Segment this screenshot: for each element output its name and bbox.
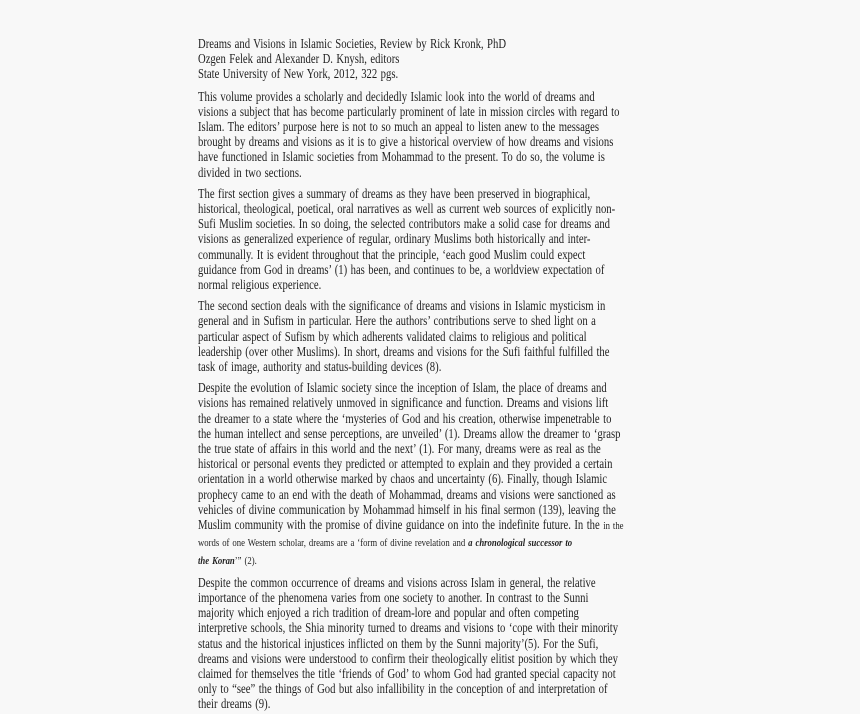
paragraph-evolution-main: Despite the evolution of Islamic society… (198, 380, 621, 532)
paragraph-first-section: The first section gives a summary of dre… (198, 186, 751, 292)
document-publisher: State University of New York, 2012, 322 … (198, 66, 751, 81)
document-title: Dreams and Visions in Islamic Societies,… (198, 36, 751, 51)
paragraph-evolution: Despite the evolution of Islamic society… (198, 380, 751, 568)
document-page: Dreams and Visions in Islamic Societies,… (198, 36, 751, 712)
paragraph-common-occurrence: Despite the common occurrence of dreams … (198, 575, 751, 712)
paragraph-evolution-small-tail: ’” (2). (235, 555, 257, 567)
document-editors: Ozgen Felek and Alexander D. Knysh, edit… (198, 51, 751, 66)
paragraph-second-section: The second section deals with the signif… (198, 298, 751, 374)
document-header: Dreams and Visions in Islamic Societies,… (198, 36, 751, 82)
paragraph-overview: This volume provides a scholarly and dec… (198, 89, 751, 180)
